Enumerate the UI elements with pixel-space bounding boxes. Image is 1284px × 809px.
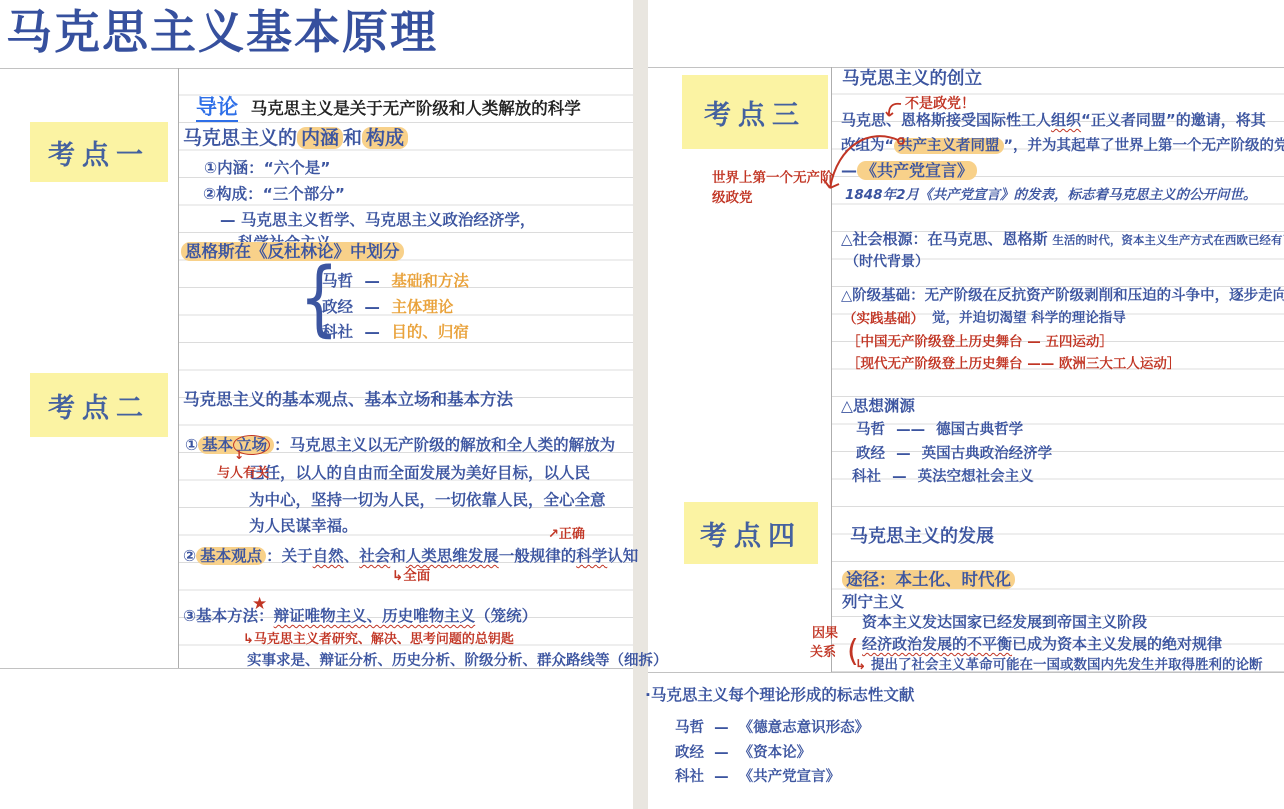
- ideo-row-1: 马哲 —— 德国古典哲学: [856, 421, 1023, 439]
- founding-tail: “正义者同盟”的邀请，将其: [1081, 111, 1266, 129]
- engels-line: 恩格斯在《反杜林论》中划分: [181, 242, 404, 263]
- pair-row-3: 科社 — 目的、归宿: [322, 323, 469, 342]
- doc-row-1: 马哲 — 《德意志意识形态》: [675, 719, 869, 737]
- pair-value: 主体理论: [391, 298, 453, 316]
- section1-heading-highlight-2: 构成: [362, 127, 408, 149]
- landmark-documents-title: 马克思主义每个理论形成的标志性文献: [651, 686, 915, 704]
- item-number: ①: [185, 436, 198, 454]
- cause-effect-note-2: 关系: [810, 645, 836, 661]
- method-underlined: 辩证唯物主义、历史唯物主义: [274, 607, 476, 625]
- doc-row-2: 政经 — 《资本论》: [675, 744, 811, 762]
- founding-line-1: 马克思、恩格斯接受国际性工人组织“正义者同盟”的邀请，将其: [841, 111, 1266, 130]
- viewpoint-tail: 认知: [607, 547, 638, 565]
- basic-stance-line-1: ①基本立场：马克思主义以无产阶级的解放和全人类的解放为: [185, 436, 615, 455]
- method-label: 基本方法：: [196, 607, 274, 625]
- basic-stance-line-3: 为中心，坚持一切为人民，一切依靠人民，全心全意: [249, 491, 606, 510]
- sep: 、: [344, 547, 360, 565]
- pair-key: 政经: [322, 298, 353, 316]
- exam-point-1-label: 考点一: [30, 122, 168, 182]
- basic-stance-line-4: 为人民谋幸福。: [249, 517, 358, 536]
- pair-key: 科社: [675, 769, 704, 785]
- page-title: 马克思主义基本原理: [6, 4, 438, 62]
- exam-point-2-label: 考点二: [30, 373, 168, 437]
- viewpoint-mid: 一般规律的: [499, 547, 577, 565]
- communist-league-highlight: 共产主义者同盟: [894, 138, 1004, 154]
- method-tail: （笼统）: [475, 607, 537, 625]
- social-root-detail: 生活的时代，资本主义生产方式在西欧已经有了相当的发展: [1052, 233, 1284, 247]
- pair-row-1: 马哲 — 基础和方法: [322, 272, 469, 291]
- pair-value: 英法空想社会主义: [918, 469, 1034, 485]
- item-number: ③: [183, 607, 196, 625]
- section2-heading: 马克思主义的基本观点、基本立场和基本方法: [183, 390, 513, 411]
- intro-text: 马克思主义是关于无产阶级和人类解放的科学: [251, 99, 581, 118]
- reorg-tail: ”，并为其起草了世界上第一个无产阶级的党纲: [1004, 138, 1284, 154]
- pair-value: 基础和方法: [391, 272, 469, 290]
- dash: —: [364, 323, 380, 341]
- dash: —: [892, 469, 907, 485]
- one-country-text: 提出了社会主义革命可能在一国或数国内先发生并取得胜利的论断: [871, 657, 1263, 673]
- method-red-note: ↳马克思主义者研究、解决、思考问题的总钥匙: [243, 632, 514, 648]
- pair-key: 政经: [675, 745, 704, 761]
- pair-value: 《共产党宣言》: [739, 769, 841, 785]
- item-number: ②: [183, 547, 196, 565]
- path-highlight: 途径：本土化、时代化: [842, 570, 1015, 589]
- left-page-margin-line: [178, 68, 179, 668]
- pair-row-2: 政经 — 主体理论: [322, 298, 453, 317]
- pair-key: 科社: [322, 323, 353, 341]
- first-party-note-2: 级政党: [712, 190, 753, 207]
- pair-key: 马哲: [856, 422, 885, 438]
- section4-heading: 马克思主义的发展: [850, 526, 994, 549]
- section1-item-1: ①内涵：“六个是”: [204, 159, 331, 178]
- sep: 和: [390, 547, 406, 565]
- basic-stance-line-2: 己任，以人的自由而全面发展为美好目标，以人民: [249, 464, 590, 483]
- ideo-row-2: 政经 — 英国古典政治经济学: [856, 445, 1052, 463]
- organization-underlined: 组织: [1051, 111, 1081, 129]
- class-basis-line-1: △阶级基础：无产阶级在反抗资产阶级剥削和压迫的斗争中，逐步走向自: [841, 287, 1284, 305]
- one-country-line: ↳ 提出了社会主义革命可能在一国或数国内先发生并取得胜利的论断: [855, 657, 1263, 674]
- down-arrow-icon: ↓: [234, 448, 244, 463]
- section1-item-2: ②构成：“三个部分”: [203, 185, 345, 204]
- uneven-underlined: 经济政治发展的不平衡: [862, 635, 1012, 653]
- pair-value: 《资本论》: [739, 745, 812, 761]
- basic-viewpoint-line: ②基本观点：关于自然、社会和人类思维发展一般规律的科学认知: [183, 547, 638, 566]
- colon: ：: [274, 436, 290, 454]
- class-basis-line-2: 觉，并迫切渴望 科学的理论指导: [932, 310, 1126, 327]
- section1-heading-highlight-1: 内涵: [297, 127, 343, 149]
- dash: —: [714, 720, 729, 736]
- pair-value: 目的、归宿: [391, 323, 469, 341]
- left-page-top-line: [0, 68, 633, 69]
- pair-key: 科社: [852, 469, 881, 485]
- curved-arrow-icon: [822, 132, 907, 197]
- pair-key: 政经: [856, 446, 885, 462]
- founding-line-2: 改组为“共产主义者同盟”，并为其起草了世界上第一个无产阶级的党纲: [841, 137, 1284, 155]
- leninism-label: 列宁主义: [842, 593, 904, 612]
- uneven-tail: 已成为资本主义发展的绝对规律: [1012, 635, 1222, 653]
- basic-stance-text-1: 马克思主义以无产阶级的解放和全人类的解放为: [290, 436, 616, 454]
- correct-annotation: ↗正确: [548, 527, 585, 543]
- underlined-science: 科学: [576, 547, 607, 565]
- social-root-label: △社会根源：在马克思、恩格斯: [841, 230, 1048, 248]
- stance-annotation: 与人有关: [217, 466, 269, 482]
- right-page-top-line: [648, 67, 1284, 68]
- intro-line: 导论 马克思主义是关于无产阶级和人类解放的科学: [196, 94, 581, 120]
- social-root-line: △社会根源：在马克思、恩格斯 生活的时代，资本主义生产方式在西欧已经有了相当的发…: [841, 230, 1284, 249]
- practice-basis-note: （实践基础）: [843, 311, 924, 328]
- path-line: 途径：本土化、时代化: [842, 570, 1015, 591]
- dash: —: [364, 298, 380, 316]
- landmark-documents-heading: ·马克思主义每个理论形成的标志性文献: [645, 686, 914, 705]
- handwritten-notes-page: 马克思主义基本原理 考点一 考点二 考点三 考点四 导论 马克思主义是关于无产阶…: [0, 0, 1284, 809]
- founding-pre: 马克思、恩格斯接受国际性工人: [841, 111, 1051, 129]
- exam-point-3-label: 考点三: [682, 75, 828, 149]
- intro-label: 导论: [196, 95, 238, 122]
- doc-row-3: 科社 — 《共产党宣言》: [675, 768, 840, 786]
- section3-heading: 马克思主义的创立: [842, 69, 982, 91]
- underlined-society: 社会: [359, 547, 390, 565]
- pair-value: 《德意志意识形态》: [739, 720, 870, 736]
- engels-line-text: 恩格斯在《反杜林论》中划分: [181, 242, 404, 261]
- modern-proletariat-note: ［现代无产阶级登上历史舞台 —— 欧洲三大工人运动］: [847, 356, 1180, 373]
- comprehensive-annotation: ↳全面: [392, 568, 430, 585]
- first-party-note-1: 世界上第一个无产阶: [712, 170, 834, 187]
- dash: —: [714, 745, 729, 761]
- exam-point-4-label: 考点四: [684, 502, 818, 564]
- china-proletariat-note: ［中国无产阶级登上历史舞台 — 五四运动］: [847, 334, 1113, 351]
- era-background: （时代背景）: [845, 254, 929, 272]
- viewpoint-pre: ：关于: [266, 547, 313, 565]
- method-blue-note: 实事求是、辩证分析、历史分析、阶级分析、群众路线等（细拆）: [247, 652, 668, 670]
- red-brace: (: [847, 633, 859, 671]
- dash: ——: [896, 422, 925, 438]
- pair-value: 德国古典哲学: [936, 422, 1023, 438]
- ideo-row-3: 科社 — 英法空想社会主义: [852, 468, 1034, 486]
- cause-effect-note-1: 因果: [812, 626, 838, 642]
- basic-method-line: ③基本方法：辩证唯物主义、历史唯物主义（笼统）: [183, 607, 537, 626]
- ideological-source-heading: △思想渊源: [841, 397, 915, 416]
- underlined-thought: 人类思维发展: [406, 547, 499, 565]
- pair-value: 英国古典政治经济学: [922, 446, 1053, 462]
- dash: —: [714, 769, 729, 785]
- imperialism-line: 资本主义发达国家已经发展到帝国主义阶段: [862, 613, 1147, 632]
- dash: —: [896, 446, 911, 462]
- section1-heading: 马克思主义的内涵和构成: [183, 127, 408, 151]
- basic-stance-text: 基本: [202, 436, 233, 454]
- pair-key: 马哲: [675, 720, 704, 736]
- section1-item-3: — 马克思主义哲学、马克思主义政治经济学，: [220, 211, 535, 230]
- underlined-nature: 自然: [313, 547, 344, 565]
- section1-heading-pre: 马克思主义的: [183, 127, 297, 149]
- basic-viewpoint-highlight: 基本观点: [196, 547, 266, 565]
- section1-heading-mid: 和: [343, 127, 362, 149]
- uneven-development-line: 经济政治发展的不平衡已成为资本主义发展的绝对规律: [862, 635, 1222, 654]
- pair-key: 马哲: [322, 272, 353, 290]
- dash: —: [364, 272, 380, 290]
